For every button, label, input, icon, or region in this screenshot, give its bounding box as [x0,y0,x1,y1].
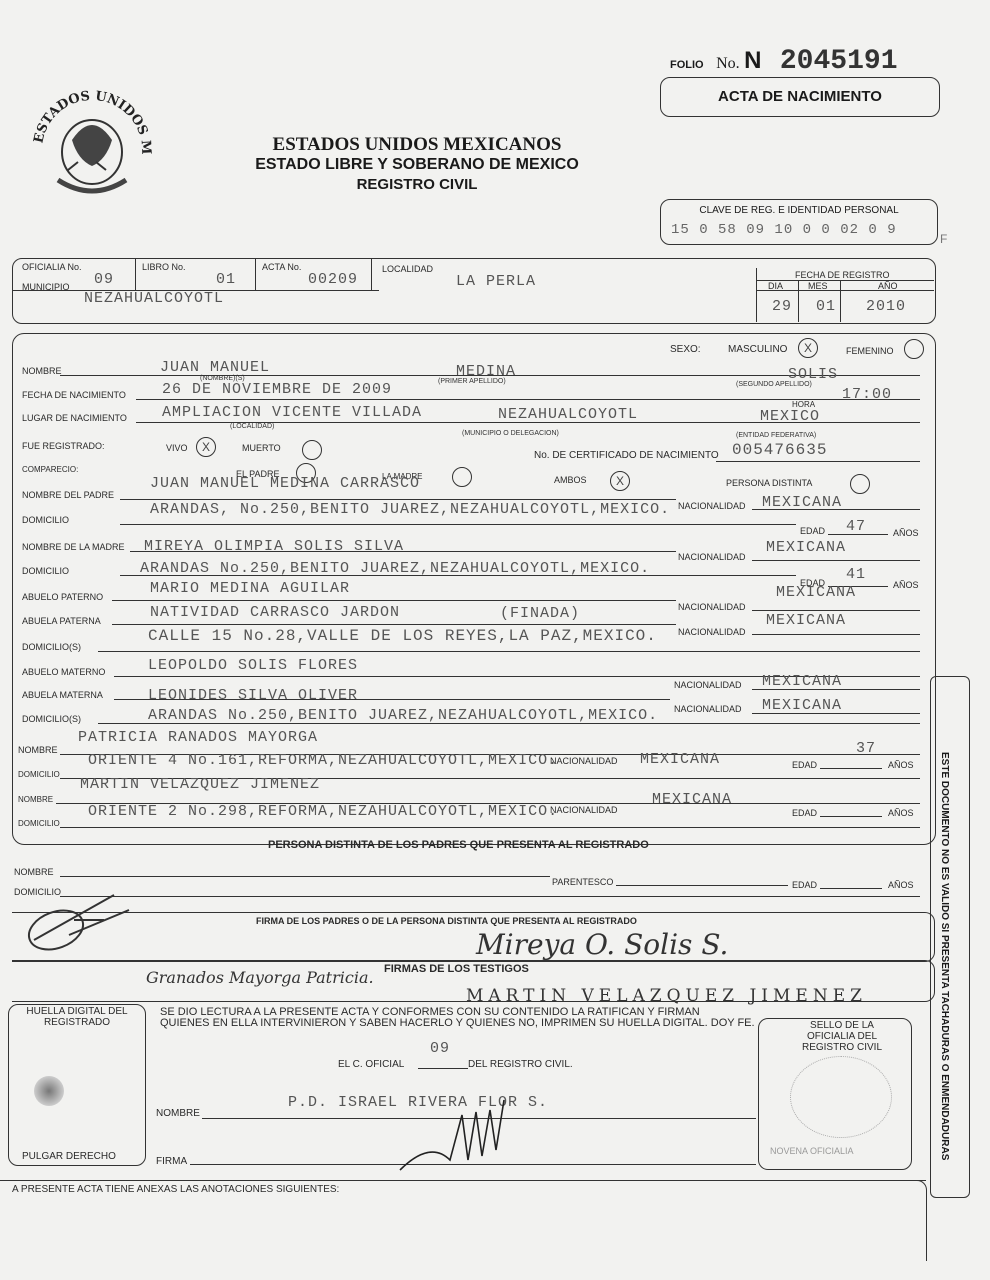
testigo2-nombre-label: NOMBRE [18,795,53,804]
mes-value: 01 [816,298,836,315]
abuela-paterna-value: NATIVIDAD CARRASCO JARDON [150,604,400,621]
testigo1-nombre-label: NOMBRE [18,745,58,755]
sello-text: SELLO DE LA OFICIALIA DEL REGISTRO CIVIL [792,1020,892,1053]
oficialia-label: OFICIALIA No. [22,262,82,272]
nombre-label: NOMBRE [22,366,62,376]
testigo1-nac-value: MEXICANA [640,751,720,768]
document-type: ACTA DE NACIMIENTO [661,78,939,116]
lugar-entidad-value: MEXICO [760,408,820,425]
firmas-padres-title: FIRMA DE LOS PADRES O DE LA PERSONA DIST… [256,916,637,926]
oficialia-value: 09 [94,271,114,288]
side-note-box [930,676,970,1198]
nombre-value: JUAN MANUEL [160,359,270,376]
testigo1-edad-value: 37 [856,740,876,757]
acta-label: ACTA No. [262,262,301,272]
seal-stamp-icon [790,1056,892,1138]
abuelo-materno-nac-label: NACIONALIDAD [674,680,742,690]
testigo1-nac-label: NACIONALIDAD [550,756,618,766]
firmas-testigos-title: FIRMAS DE LOS TESTIGOS [384,963,529,975]
lugar-label: LUGAR DE NACIMIENTO [22,413,127,423]
abuelo-materno-nac: MEXICANA [762,673,842,690]
firma-testigo1: Granados Mayorga Patricia. [146,968,374,987]
nac-madre-value: MEXICANA [766,539,846,556]
abuelo-paterno-value: MARIO MEDINA AGUILAR [150,580,350,597]
testigo2-nac-label: NACIONALIDAD [550,805,618,815]
oficial-firma-label: FIRMA [156,1156,187,1167]
fingerprint-icon [34,1076,64,1106]
ambos-label: AMBOS [554,475,587,485]
segundo-apellido-sub: (SEGUNDO APELLIDO) [736,381,812,388]
primer-apellido-sub: (PRIMER APELLIDO) [438,378,506,385]
comparecio-label: COMPARECIO: [22,465,78,474]
domicilio-paternos-label: DOMICILIO(S) [22,642,81,652]
clave-label: CLAVE DE REG. E IDENTIDAD PERSONAL [661,205,937,216]
femenino-label: FEMENINO [846,346,894,356]
masculino-radio[interactable]: X [798,338,818,358]
lugar-localidad-value: AMPLIACION VICENTE VILLADA [162,404,422,421]
fecha-registro-label: FECHA DE REGISTRO [795,270,890,280]
nombre-madre-value: MIREYA OLIMPIA SOLIS SILVA [144,538,404,555]
municipio-sub: (MUNICIPIO O DELEGACION) [462,430,559,437]
lectura-line2: QUIENES EN ELLA INTERVINIERON Y SABEN HA… [160,1017,755,1029]
acta-value: 00209 [308,271,358,288]
entidad-sub: (ENTIDAD FEDERATIVA) [736,432,816,439]
anios-madre-label: AÑOS [893,580,919,590]
fecha-nac-value: 26 DE NOVIEMBRE DE 2009 [162,381,392,398]
anio-value: 2010 [866,298,906,315]
testigo2-edad-label: EDAD [792,808,817,818]
domicilio-paternos-value: CALLE 15 No.28,VALLE DE LOS REYES,LA PAZ… [148,627,657,645]
mes-label: MES [808,281,828,291]
oficial-prefix: EL C. OFICIAL [338,1059,404,1070]
domicilio-padre-label: DOMICILIO [22,515,69,525]
persona-distinta-title: PERSONA DISTINTA DE LOS PADRES QUE PRESE… [268,839,649,851]
muerto-label: MUERTO [242,443,281,453]
pd-anios-label: AÑOS [888,880,914,890]
edad-padre-value: 47 [846,518,866,535]
clave-suffix: F [940,232,947,246]
localidad-value: LA PERLA [456,273,536,290]
signature-oficial-icon [390,1090,530,1180]
testigo2-domicilio-label: DOMICILIO [18,819,60,828]
doc-title-3: REGISTRO CIVIL [237,176,597,193]
domicilio-madre-label: DOMICILIO [22,566,69,576]
doc-title-2: ESTADO LIBRE Y SOBERANO DE MEXICO [227,156,607,174]
doc-title-1: ESTADOS UNIDOS MEXICANOS [237,134,597,156]
domicilio-padre-value: ARANDAS, No.250,BENITO JUAREZ,NEZAHUALCO… [150,501,670,518]
municipio-label: MUNICIPIO [22,282,70,292]
sello-stamp: NOVENA OFICIALIA [770,1146,854,1156]
abuela-materna-value: LEONIDES SILVA OLIVER [148,687,358,704]
testigo1-edad-label: EDAD [792,760,817,770]
testigo2-nac-value: MEXICANA [652,791,732,808]
testigo2-domicilio-value: ORIENTE 2 No.298,REFORMA,NEZAHUALCOYOTL,… [88,803,558,820]
anio-label: AÑO [878,281,898,291]
testigo1-nombre-value: PATRICIA RANADOS MAYORGA [78,729,318,746]
abuela-paterna-label: ABUELA PATERNA [22,616,101,626]
side-note: ESTE DOCUMENTO NO ES VALIDO SI PRESENTA … [939,752,950,1160]
anios-padre-label: AÑOS [893,528,919,538]
nombre-padre-label: NOMBRE DEL PADRE [22,490,114,500]
firma-testigo2: MARTIN VELAZQUEZ JIMENEZ [466,986,867,1006]
abuelo-paterno-label: ABUELO PATERNO [22,592,103,602]
national-seal: ESTADOS UNIDOS MEXICANOS [28,80,156,208]
sexo-label: SEXO: [670,344,701,355]
nombre-madre-label: NOMBRE DE LA MADRE [22,542,125,552]
persona-distinta-label: PERSONA DISTINTA [726,478,812,488]
domicilio-madre-value: ARANDAS No.250,BENITO JUAREZ,NEZAHUALCOY… [140,560,650,577]
dia-value: 29 [772,298,792,315]
testigo1-domicilio-value: ORIENTE 4 No.161,REFORMA,NEZAHUALCOYOTL,… [88,752,558,769]
signature-padre-icon [14,880,154,955]
persona-distinta-radio[interactable] [850,474,870,494]
testigo1-anios-label: AÑOS [888,760,914,770]
abuela-materna-label: ABUELA MATERNA [22,690,103,700]
document-type-box: ACTA DE NACIMIENTO [660,77,940,117]
muerto-radio[interactable] [302,440,322,460]
libro-label: LIBRO No. [142,262,186,272]
abuela-materna-nac-label: NACIONALIDAD [674,704,742,714]
abuela-paterna-nac-label: NACIONALIDAD [678,627,746,637]
nac-padre-label: NACIONALIDAD [678,501,746,511]
pd-edad-label: EDAD [792,880,817,890]
libro-value: 01 [216,271,236,288]
nombre-padre-value: JUAN MANUEL MEDINA CARRASCO [150,475,420,492]
dia-label: DIA [768,281,783,291]
abuela-paterna-note: (FINADA) [500,605,580,622]
folio-label: FOLIO [670,59,704,71]
huella-box [8,1004,146,1166]
firma-madre: Mireya O. Solis S. [476,928,728,961]
pulgar-label: PULGAR DERECHO [22,1151,116,1162]
abuelo-paterno-nac: MEXICANA [776,584,856,601]
edad-madre-value: 41 [846,566,866,583]
vivo-label: VIVO [166,443,188,453]
hora-value: 17:00 [842,386,892,403]
edad-padre-label: EDAD [800,526,825,536]
municipio-value: NEZAHUALCOYOTL [84,290,224,307]
nac-padre-value: MEXICANA [762,494,842,511]
lugar-municipio-value: NEZAHUALCOYOTL [498,406,638,423]
oficial-suffix: DEL REGISTRO CIVIL. [468,1059,573,1070]
pd-nombre-label: NOMBRE [14,867,54,877]
domicilio-maternos-value: ARANDAS No.250,BENITO JUAREZ,NEZAHUALCOY… [148,707,658,724]
abuelo-materno-value: LEOPOLDO SOLIS FLORES [148,657,358,674]
fecha-nac-label: FECHA DE NACIMIENTO [22,390,126,400]
oficial-nombre-label: NOMBRE [156,1108,200,1119]
testigo2-nombre-value: MARTIN VELAZQUEZ JIMENEZ [80,776,320,793]
fue-registrado-label: FUE REGISTRADO: [22,441,105,451]
nac-madre-label: NACIONALIDAD [678,552,746,562]
testigo1-domicilio-label: DOMICILIO [18,770,60,779]
folio-number: 2045191 [780,46,898,77]
femenino-radio[interactable] [904,339,924,359]
ambos-radio[interactable]: X [610,471,630,491]
abuelo-paterno-nac-label: NACIONALIDAD [678,602,746,612]
testigo2-anios-label: AÑOS [888,808,914,818]
folio-series: N [744,47,761,74]
folio: FOLIO No. N 2045191 [670,46,898,77]
abuelo-materno-label: ABUELO MATERNO [22,667,105,677]
domicilio-maternos-label: DOMICILIO(S) [22,714,81,724]
vivo-radio[interactable]: X [196,437,216,457]
localidad-label: LOCALIDAD [382,264,433,274]
masculino-label: MASCULINO [728,344,787,355]
clave-value: 15 0 58 09 10 0 0 02 0 9 [671,222,937,238]
madre-option-radio[interactable] [452,467,472,487]
folio-no-label: No. [716,55,740,72]
oficial-no: 09 [430,1040,450,1057]
pd-parentesco-label: PARENTESCO [552,877,613,887]
anotaciones-box [0,1180,927,1261]
clave-box: CLAVE DE REG. E IDENTIDAD PERSONAL 15 0 … [660,199,938,245]
certificado-label: No. DE CERTIFICADO DE NACIMIENTO [534,450,719,461]
abuela-paterna-nac: MEXICANA [766,612,846,629]
certificado-value: 005476635 [732,441,827,459]
eagle-seal-icon: ESTADOS UNIDOS MEXICANOS [28,80,156,208]
huella-title: HUELLA DIGITAL DEL REGISTRADO [18,1006,136,1028]
abuela-materna-nac: MEXICANA [762,697,842,714]
localidad-sub: (LOCALIDAD) [230,423,274,430]
